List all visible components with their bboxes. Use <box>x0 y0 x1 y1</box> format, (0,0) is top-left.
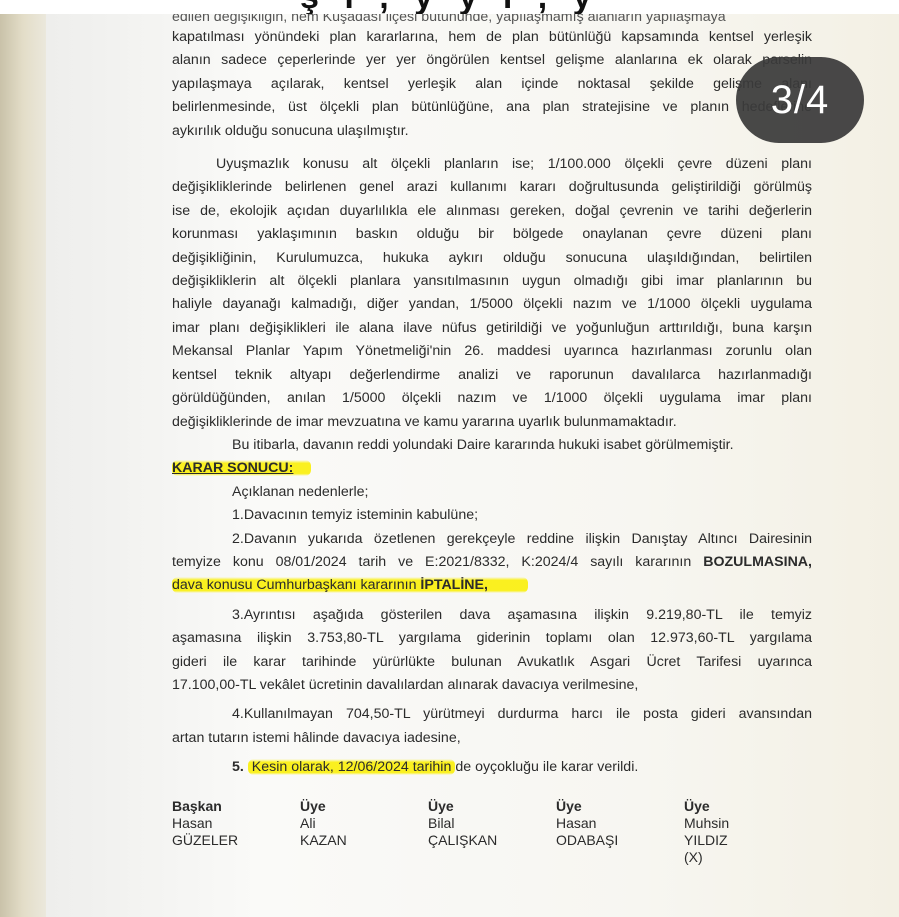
text-line: aşamasına ilişkin 3.753,80-TL yargılama … <box>172 627 812 650</box>
highlighted-line: dava konusu Cumhurbaşkanı kararının İPTA… <box>172 574 812 597</box>
text-line: 4.Kullanılmayan 704,50-TL yürütmeyi durd… <box>172 703 812 726</box>
text-line: artan tutarın istemi hâlinde davacıya ia… <box>172 727 812 750</box>
decision-heading: KARAR SONUCU: <box>172 457 812 480</box>
text-line: korunması yaklaşımının baskın olduğu bir… <box>172 223 812 246</box>
text-line: aykırılık olduğu sonucuna ulaşılmıştır. <box>172 120 812 143</box>
cropped-caption-strip: ş ı , y y ı , y <box>0 0 899 14</box>
text-line: 17.100,00-TL vekâlet ücretinin davalılar… <box>172 674 812 697</box>
paragraph-2: Uyuşmazlık konusu alt ölçekli planların … <box>172 153 812 434</box>
paragraph-3: Bu itibarla, davanın reddi yolundaki Dai… <box>172 434 812 457</box>
cropped-caption-text: ş ı , y y ı , y <box>300 0 600 14</box>
text-line: kentsel teknik altyapı değerlendirme ana… <box>172 364 812 387</box>
decision-item-4: 4.Kullanılmayan 704,50-TL yürütmeyi durd… <box>172 703 812 750</box>
text-line: gideri ile karar tarihinde yürürlükte bu… <box>172 651 812 674</box>
decision-preamble: Açıklanan nedenlerle; <box>172 481 812 504</box>
signatory: Başkan Hasan GÜZELER <box>172 798 300 866</box>
text-line: Mekansal Planlar Yapım Yönetmeliği'nin 2… <box>172 340 812 363</box>
text-line: kapatılması yönündeki plan kararlarına, … <box>172 26 812 49</box>
text-line: değişikliklerinde belirlenen genel arazi… <box>172 176 812 199</box>
text-line: değişikliğinin, Kurulumuzca, hukuka aykı… <box>172 247 812 270</box>
paper-edge-shadow <box>0 14 46 917</box>
signatory: Üye Muhsin YILDIZ (X) <box>684 798 812 866</box>
text-line: değişikliklerinde de imar mevzuatına ve … <box>172 411 812 434</box>
text-line: alanın sadece çeperlerinde yer yer öngör… <box>172 49 812 72</box>
text-line: temyize konu 08/01/2024 tarih ve E:2021/… <box>172 551 812 574</box>
decision-item-3: 3.Ayrıntısı aşağıda gösterilen dava aşam… <box>172 604 812 698</box>
decision-item-1: 1.Davacının temyiz isteminin kabulüne; <box>172 504 812 527</box>
decision-item-5: 5. Kesin olarak, 12/06/2024 tarihinde oy… <box>172 756 812 779</box>
text-line: değişikliklerin alt ölçekli planlara yan… <box>172 270 812 293</box>
text-line: görüldüğünden, anılan 1/5000 ölçekli naz… <box>172 387 812 410</box>
text-line: ise de, ekolojik açıdan duyarlılıkla ele… <box>172 200 812 223</box>
signatory: Üye Ali KAZAN <box>300 798 428 866</box>
text-line: yapılaşmaya açılarak, kentsel yerleşik a… <box>172 73 812 96</box>
text-line: belirlenmesinde, üst ölçekli plan bütünl… <box>172 96 812 119</box>
signatory: Üye Bilal ÇALIŞKAN <box>428 798 556 866</box>
cut-off-line: edilen değişikliğin, hem Kuşadası ilçesi… <box>172 14 812 26</box>
text-line: Uyuşmazlık konusu alt ölçekli planların … <box>172 153 812 176</box>
document-body: edilen değişikliğin, hem Kuşadası ilçesi… <box>172 14 812 866</box>
text-line: imar planı değişiklikleri ile alana ilav… <box>172 317 812 340</box>
decision-item-2: 2.Davanın yukarıda özetlenen gerekçeyle … <box>172 528 812 598</box>
signatories: Başkan Hasan GÜZELER Üye Ali KAZAN Üye B… <box>172 798 812 866</box>
intro-paragraph: kapatılması yönündeki plan kararlarına, … <box>172 26 812 143</box>
page-indicator-badge: 3/4 <box>736 57 864 143</box>
text-line: 3.Ayrıntısı aşağıda gösterilen dava aşam… <box>172 604 812 627</box>
signatory: Üye Hasan ODABAŞI <box>556 798 684 866</box>
text-line: 2.Davanın yukarıda özetlenen gerekçeyle … <box>172 528 812 551</box>
text-line: haliyle dayanağı kalmadığı, diğer yandan… <box>172 293 812 316</box>
